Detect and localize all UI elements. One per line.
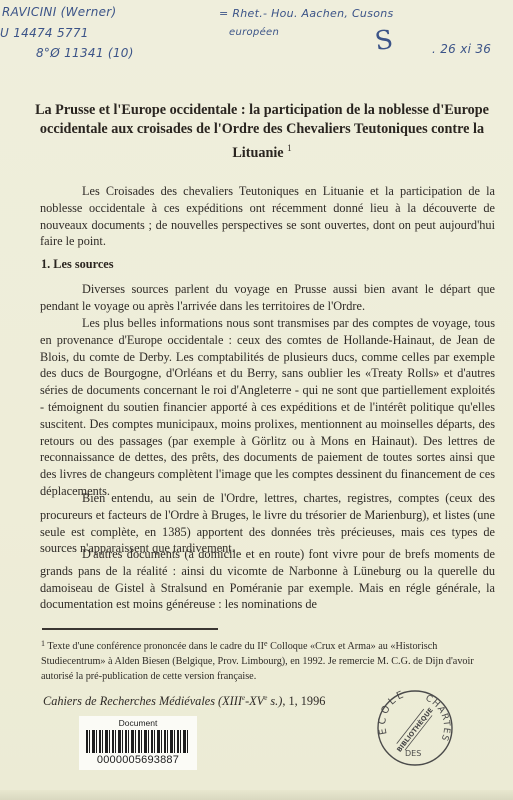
library-stamp-icon: ECOLE CHARTES DES BIBLIOTHÈQUE [375, 688, 455, 768]
journal-period: (XIII [215, 694, 242, 708]
journal-issue: , 1, 1996 [282, 694, 325, 708]
footnote-divider [42, 628, 218, 630]
barcode-caption: Document [79, 718, 197, 729]
footnote: 1 Texte d'une conférence prononcée dans … [41, 636, 501, 684]
scanned-page: RAVICINI (Werner) U 14474 5771 8°Ø 11341… [0, 0, 513, 800]
stamp-text-bibliotheque: BIBLIOTHÈQUE [394, 706, 434, 754]
paragraph-text: Les plus belles informations nous sont t… [40, 316, 495, 498]
journal-period-mid: -XV [245, 694, 264, 708]
barcode-label: Document 0000005693887 [79, 716, 197, 770]
body-paragraph-2: Les plus belles informations nous sont t… [40, 315, 495, 500]
paragraph-text: D'autres documents (à domicile et en rou… [40, 547, 495, 611]
handwritten-author-note: RAVICINI (Werner) [2, 5, 117, 19]
article-title-text: La Prusse et l'Europe occidentale : la p… [35, 102, 489, 161]
footnote-ref: 1 [287, 143, 292, 153]
body-paragraph-1: Diverses sources parlent du voyage en Pr… [40, 281, 495, 315]
journal-name: Cahiers de Recherches Médiévales [43, 694, 215, 708]
handwritten-note-right: = Rhet.- Hou. Aachen, Cusons [219, 7, 394, 20]
handwritten-date: . 26 xi 36 [432, 42, 491, 56]
handwritten-initial: S [373, 25, 395, 57]
handwritten-call-number: 8°Ø 11341 (10) [36, 46, 134, 60]
article-title: La Prusse et l'Europe occidentale : la p… [22, 101, 502, 163]
intro-paragraph: Les Croisades des chevaliers Teutoniques… [40, 183, 495, 250]
section-heading: 1. Les sources [41, 257, 114, 272]
footnote-number: 1 [41, 639, 45, 648]
stamp-text-des: DES [405, 749, 421, 758]
page-edge [0, 790, 513, 800]
paragraph-text: Diverses sources parlent du voyage en Pr… [40, 282, 495, 313]
handwritten-shelfmark: U 14474 5771 [0, 26, 89, 40]
intro-text: Les Croisades des chevaliers Teutoniques… [40, 184, 495, 248]
journal-citation: Cahiers de Recherches Médiévales (XIIIe-… [43, 694, 325, 709]
barcode-number: 0000005693887 [79, 754, 197, 767]
barcode-icon [86, 730, 190, 753]
handwritten-note-right-2: européen [229, 27, 279, 38]
footnote-text: Texte d'une conférence prononcée dans le… [47, 641, 264, 652]
journal-period-close: s.) [267, 694, 282, 708]
body-paragraph-4: D'autres documents (à domicile et en rou… [40, 546, 495, 613]
